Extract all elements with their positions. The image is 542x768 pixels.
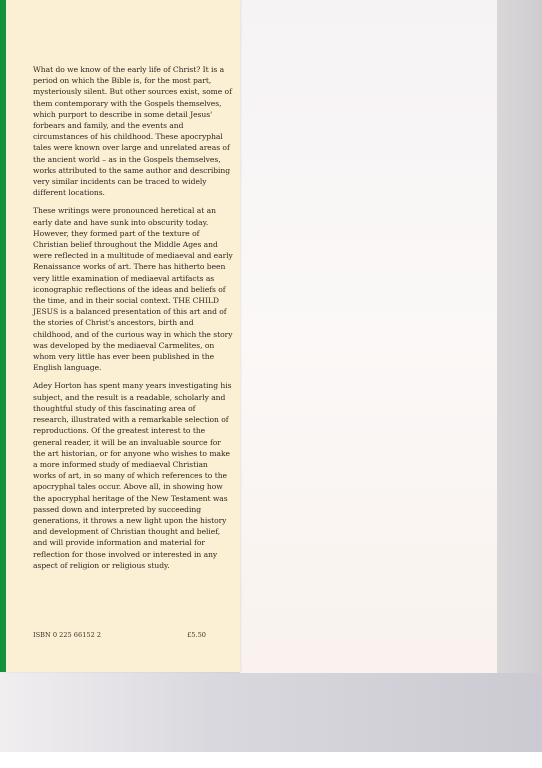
page-edge-shadow [497,0,542,673]
jacket-flap: What do we know of the early life of Chr… [0,0,240,672]
green-spine-strip [0,0,6,672]
flap-blurb: What do we know of the early life of Chr… [33,64,233,578]
isbn-number: ISBN 0 225 66152 2 [33,631,101,639]
blurb-paragraph-2: These writings were pronounced heretical… [33,205,233,373]
blank-inner-page [240,0,497,673]
flap-footer: ISBN 0 225 66152 2 £5.50 [33,631,206,639]
blurb-paragraph-3: Adey Horton has spent many years investi… [33,380,233,570]
price-label: £5.50 [187,631,206,639]
scan-bottom-margin [0,752,542,768]
blurb-paragraph-1: What do we know of the early life of Chr… [33,64,233,198]
